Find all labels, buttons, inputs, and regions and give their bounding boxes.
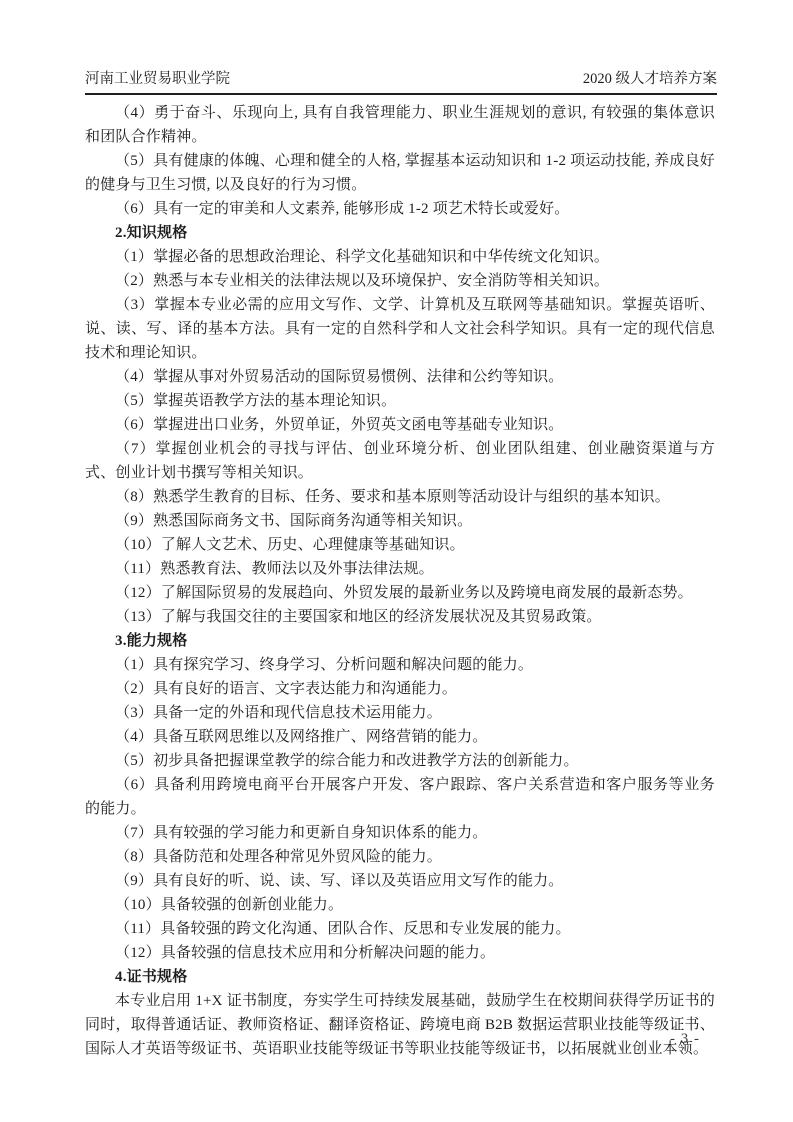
section-heading: 4.证书规格 <box>85 965 715 989</box>
paragraph: （6）具备利用跨境电商平台开展客户开发、客户跟踪、客户关系营造和客户服务等业务的… <box>85 773 715 821</box>
paragraph: （7）掌握创业机会的寻找与评估、创业环境分析、创业团队组建、创业融资渠道与方式、… <box>85 437 715 485</box>
paragraph: （12）了解国际贸易的发展趋向、外贸发展的最新业务以及跨境电商发展的最新态势。 <box>85 581 715 605</box>
paragraph: （11）熟悉教育法、教师法以及外事法律法规。 <box>85 557 715 581</box>
paragraph: （5）具有健康的体魄、心理和健全的人格, 掌握基本运动知识和 1-2 项运动技能… <box>85 149 715 197</box>
section-heading: 2.知识规格 <box>85 221 715 245</box>
paragraph: （4）掌握从事对外贸易活动的国际贸易惯例、法律和公约等知识。 <box>85 365 715 389</box>
document-body: （4）勇于奋斗、乐现向上, 具有自我管理能力、职业生涯规划的意识, 有较强的集体… <box>85 101 715 1061</box>
paragraph: （5）掌握英语教学方法的基本理论知识。 <box>85 389 715 413</box>
paragraph: （2）熟悉与本专业相关的法律法规以及环境保护、安全消防等相关知识。 <box>85 269 715 293</box>
paragraph: （4）勇于奋斗、乐现向上, 具有自我管理能力、职业生涯规划的意识, 有较强的集体… <box>85 101 715 149</box>
paragraph: （1）掌握必备的思想政治理论、科学文化基础知识和中华传统文化知识。 <box>85 245 715 269</box>
paragraph: （1）具有探究学习、终身学习、分析问题和解决问题的能力。 <box>85 653 715 677</box>
paragraph: （3）掌握本专业必需的应用文写作、文学、计算机及互联网等基础知识。掌握英语听、说… <box>85 293 715 365</box>
paragraph: （5）初步具备把握课堂教学的综合能力和改进教学方法的创新能力。 <box>85 749 715 773</box>
page-header: 河南工业贸易职业学院 2020 级人才培养方案 <box>85 70 717 95</box>
paragraph: （12）具备较强的信息技术应用和分析解决问题的能力。 <box>85 941 715 965</box>
header-school-name: 河南工业贸易职业学院 <box>85 70 230 88</box>
paragraph: （6）掌握进出口业务，外贸单证，外贸英文函电等基础专业知识。 <box>85 413 715 437</box>
paragraph: （9）具有良好的听、说、读、写、译以及英语应用文写作的能力。 <box>85 869 715 893</box>
paragraph: （9）熟悉国际商务文书、国际商务沟通等相关知识。 <box>85 509 715 533</box>
document-page: 河南工业贸易职业学院 2020 级人才培养方案 （4）勇于奋斗、乐现向上, 具有… <box>0 0 793 1122</box>
paragraph: 本专业启用 1+X 证书制度，夯实学生可持续发展基础，鼓励学生在校期间获得学历证… <box>85 989 715 1061</box>
paragraph: （3）具备一定的外语和现代信息技术运用能力。 <box>85 701 715 725</box>
paragraph: （8）具备防范和处理各种常见外贸风险的能力。 <box>85 845 715 869</box>
paragraph: （7）具有较强的学习能力和更新自身知识体系的能力。 <box>85 821 715 845</box>
paragraph: （13）了解与我国交往的主要国家和地区的经济发展状况及其贸易政策。 <box>85 605 715 629</box>
paragraph: （11）具备较强的跨文化沟通、团队合作、反思和专业发展的能力。 <box>85 917 715 941</box>
section-heading: 3.能力规格 <box>85 629 715 653</box>
header-doc-title: 2020 级人才培养方案 <box>583 70 717 88</box>
paragraph: （10）具备较强的创新创业能力。 <box>85 893 715 917</box>
page-number: - 3 - <box>640 1031 730 1048</box>
paragraph: （8）熟悉学生教育的目标、任务、要求和基本原则等活动设计与组织的基本知识。 <box>85 485 715 509</box>
paragraph: （6）具有一定的审美和人文素养, 能够形成 1-2 项艺术特长或爱好。 <box>85 197 715 221</box>
paragraph: （10）了解人文艺术、历史、心理健康等基础知识。 <box>85 533 715 557</box>
paragraph: （4）具备互联网思维以及网络推广、网络营销的能力。 <box>85 725 715 749</box>
paragraph: （2）具有良好的语言、文字表达能力和沟通能力。 <box>85 677 715 701</box>
